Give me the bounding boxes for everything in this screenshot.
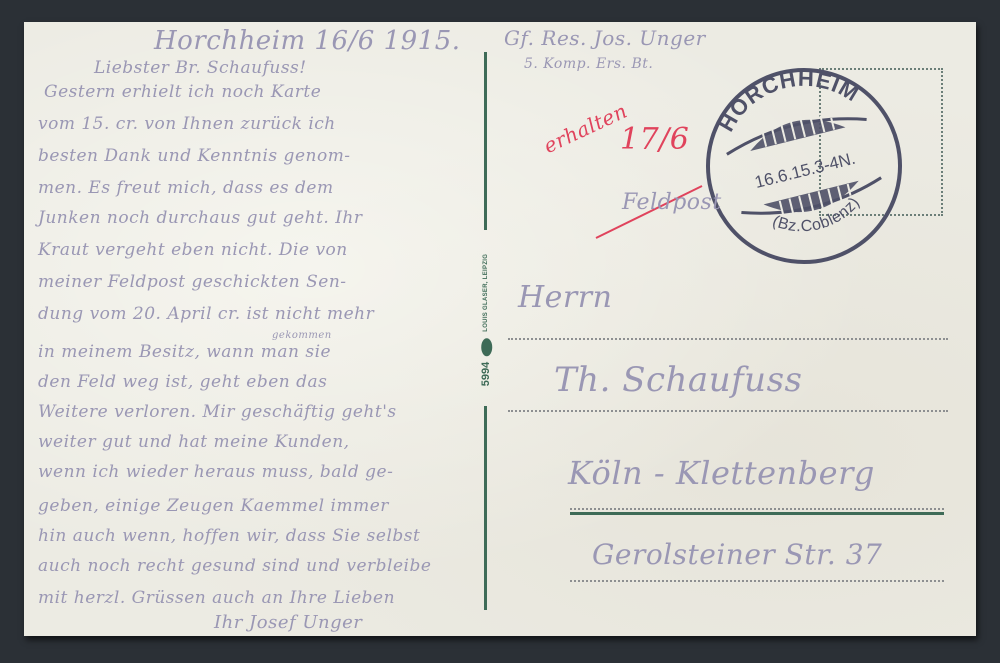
message-line: mit herzl. Grüssen auch an Ihre Lieben (38, 588, 395, 608)
address-line-1 (508, 338, 948, 340)
imprint-number: 5994 (480, 362, 492, 386)
message-line: hin auch wenn, hoffen wir, dass Sie selb… (38, 526, 420, 546)
message-place-date: Horchheim 16/6 1915. (154, 26, 461, 56)
message-line: meiner Feldpost geschickten Sen- (38, 272, 347, 292)
pencil-note: Feldpost (622, 190, 722, 215)
message-line: besten Dank und Kenntnis genom- (38, 146, 351, 166)
publisher-imprint: 5994 LOUIS GLASER, LEIPZIG (471, 240, 501, 400)
message-line: Junken noch durchaus gut geht. Ihr (38, 208, 363, 228)
address-name: Th. Schaufuss (554, 360, 802, 400)
message-line: geben, einige Zeugen Kaemmel immer (38, 496, 389, 516)
imprint-publisher: LOUIS GLASER, LEIPZIG (483, 254, 489, 332)
sender-line-1: Gf. Res. Jos. Unger (504, 26, 706, 50)
postcard: Horchheim 16/6 1915. Liebster Br. Schauf… (24, 22, 976, 636)
center-divider-top (484, 52, 487, 230)
message-line: den Feld weg ist, geht eben das (38, 372, 327, 392)
address-city: Köln - Klettenberg (568, 454, 875, 492)
message-signature: Ihr Josef Unger (214, 612, 362, 633)
message-line: Kraut vergeht eben nicht. Die von (38, 240, 348, 260)
address-title: Herrn (518, 280, 612, 315)
address-line-2 (508, 410, 948, 412)
message-line: auch noch recht gesund sind und verbleib… (38, 556, 431, 576)
postmark-icon: HORCHHEIM 16.6.15.3-4N. (Bz.Coblenz) (702, 64, 906, 268)
red-annotation-date: 17/6 (620, 122, 689, 157)
message-line: Gestern erhielt ich noch Karte (44, 82, 321, 102)
message-salutation: Liebster Br. Schaufuss! (94, 58, 307, 78)
message-interlinear-note: gekommen (272, 330, 332, 341)
address-underline (570, 512, 944, 515)
publisher-logo-icon (481, 338, 492, 356)
sender-line-2: 5. Komp. Ers. Bt. (524, 56, 653, 72)
message-line: dung vom 20. April cr. ist nicht mehr (38, 304, 374, 324)
message-line: Weitere verloren. Mir geschäftig geht's (38, 402, 397, 422)
address-line-4 (570, 580, 944, 582)
address-line-3 (570, 508, 944, 510)
message-line: vom 15. cr. von Ihnen zurück ich (38, 114, 336, 134)
center-divider-bottom (484, 406, 487, 610)
message-line: in meinem Besitz, wann man sie (38, 342, 331, 362)
address-street: Gerolsteiner Str. 37 (592, 538, 882, 571)
message-line: men. Es freut mich, dass es dem (38, 178, 334, 198)
message-line: weiter gut und hat meine Kunden, (38, 432, 350, 452)
message-line: wenn ich wieder heraus muss, bald ge- (38, 462, 393, 482)
red-annotation-word: erhalten (540, 98, 631, 158)
